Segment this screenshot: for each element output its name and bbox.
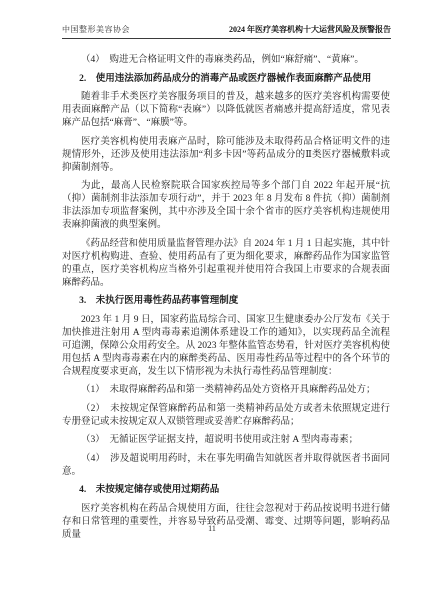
paragraph: 《药品经营和使用质量监督管理办法》自 2024 年 1 月 1 日起实施，其中针… <box>62 238 390 290</box>
paragraph: 医疗美容机构在药品合规使用方面，往往会忽视对于药品按说明书进行储存和日常管理的重… <box>62 503 390 542</box>
page-header: 中国整形美容协会 2024 年医疗美容机构十大运营风险及预警报告 <box>62 24 391 39</box>
document-content: （4） 购进无合格证明文件的毒麻类药品，例如“麻舒痛”、“黄麻”。 2. 使用违… <box>62 54 390 547</box>
paragraph: 为此，最高人民检察院联合国家疾控局等多个部门自 2022 年起开展“抗（抑）菌制… <box>62 180 390 232</box>
section-heading: 4. 未按规定储存或使用过期药品 <box>62 484 390 497</box>
section-heading: 2. 使用违法添加药品成分的消毒产品或医疗器械作表面麻醉产品使用 <box>62 73 390 86</box>
report-title: 2024 年医疗美容机构十大运营风险及预警报告 <box>229 24 391 35</box>
organization-name: 中国整形美容协会 <box>62 24 130 35</box>
paragraph: 2023 年 1 月 9 日，国家药监局综合司、国家卫生健康委办公厅发布《关于加… <box>62 314 390 379</box>
numbered-item: （3） 无循证医学证据支持，超说明书使用或注射 A 型肉毒毒素； <box>62 434 390 447</box>
numbered-item: （2） 未按规定保管麻醉药品和第一类精神药品处方或者未依照规定进行专册登记或未按… <box>62 403 390 429</box>
document-page: 中国整形美容协会 2024 年医疗美容机构十大运营风险及预警报告 （4） 购进无… <box>0 0 424 600</box>
paragraph: 随着非手术类医疗美容服务项目的普及，越来越多的医疗美容机构需要使用表面麻醉产品（… <box>62 91 390 130</box>
page-number: 11 <box>0 524 424 533</box>
paragraph: 医疗美容机构使用表麻产品时，除可能涉及未取得药品合格证明文件的违规情形外，还涉及… <box>62 136 390 175</box>
numbered-item: （4） 购进无合格证明文件的毒麻类药品，例如“麻舒痛”、“黄麻”。 <box>62 54 390 67</box>
numbered-item: （1） 未取得麻醉药品和第一类精神药品处方资格开具麻醉药品处方； <box>62 384 390 397</box>
section-heading: 3. 未执行医用毒性药品药事管理制度 <box>62 295 390 308</box>
numbered-item: （4） 涉及超说明用药时，未在事先明确告知就医者并取得就医者书面同意。 <box>62 453 390 479</box>
